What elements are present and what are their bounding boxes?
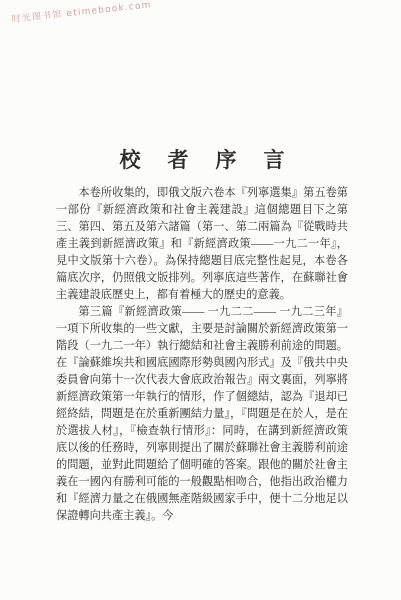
scanned-book-page: 时光图书馆 etimebook.com 校者序言 本卷所收集的，即俄文版六卷本『…	[0, 0, 401, 600]
page-title: 校者序言	[56, 144, 348, 174]
watermark-text: 时光图书馆 etimebook.com	[11, 0, 152, 25]
body-text: 本卷所收集的，即俄文版六卷本『列寧選集』第五卷第一部份『新經濟政策和社會主義建設…	[56, 185, 348, 525]
paragraph-2: 第三篇『新經濟政策—— 一九二二—— 一九二三年』一項下所收集的一些文獻，主要是…	[56, 304, 348, 525]
paragraph-1: 本卷所收集的，即俄文版六卷本『列寧選集』第五卷第一部份『新經濟政策和社會主義建設…	[56, 185, 348, 304]
